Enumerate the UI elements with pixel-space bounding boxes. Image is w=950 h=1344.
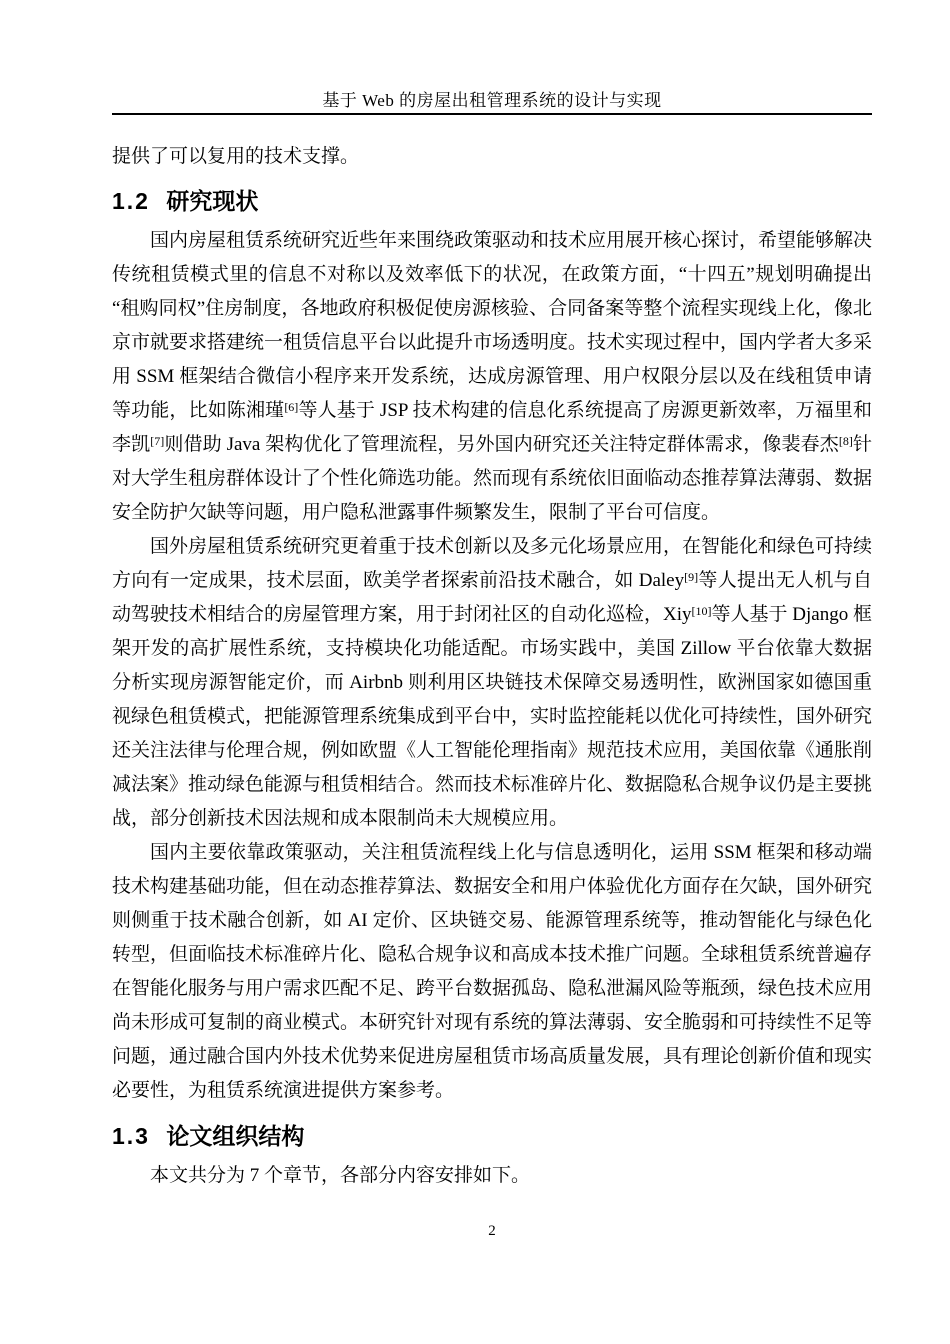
section-number: 1.3 <box>112 1123 150 1149</box>
page-header: 基于 Web 的房屋出租管理系统的设计与实现 <box>112 91 872 115</box>
paragraph-domestic-research: 国内房屋租赁系统研究近些年来围绕政策驱动和技术应用展开核心探讨，希望能够解决传统… <box>112 224 872 530</box>
section-title: 研究现状 <box>166 188 258 214</box>
section-title: 论文组织结构 <box>166 1123 304 1149</box>
section-heading-1-2: 1.2 研究现状 <box>112 186 872 216</box>
citation-marker: [7] <box>150 434 164 448</box>
running-header-title: 基于 Web 的房屋出租管理系统的设计与实现 <box>112 91 872 111</box>
citation-marker: [6] <box>284 400 298 414</box>
page-number: 2 <box>112 1222 872 1240</box>
citation-marker: [10] <box>692 604 712 618</box>
section-heading-1-3: 1.3 论文组织结构 <box>112 1121 872 1151</box>
section-number: 1.2 <box>112 188 150 214</box>
continuation-paragraph: 提供了可以复用的技术支撑。 <box>112 140 872 174</box>
paragraph-summary-comparison: 国内主要依靠政策驱动，关注租赁流程线上化与信息透明化，运用 SSM 框架和移动端… <box>112 836 872 1108</box>
document-page: 基于 Web 的房屋出租管理系统的设计与实现 提供了可以复用的技术支撑。 1.2… <box>0 0 950 1344</box>
citation-marker: [9] <box>684 570 698 584</box>
citation-marker: [8] <box>839 434 853 448</box>
paragraph-thesis-structure: 本文共分为 7 个章节，各部分内容安排如下。 <box>112 1159 872 1193</box>
page-content: 提供了可以复用的技术支撑。 1.2 研究现状 国内房屋租赁系统研究近些年来围绕政… <box>112 140 872 1193</box>
paragraph-foreign-research: 国外房屋租赁系统研究更着重于技术创新以及多元化场景应用，在智能化和绿色可持续方向… <box>112 530 872 836</box>
